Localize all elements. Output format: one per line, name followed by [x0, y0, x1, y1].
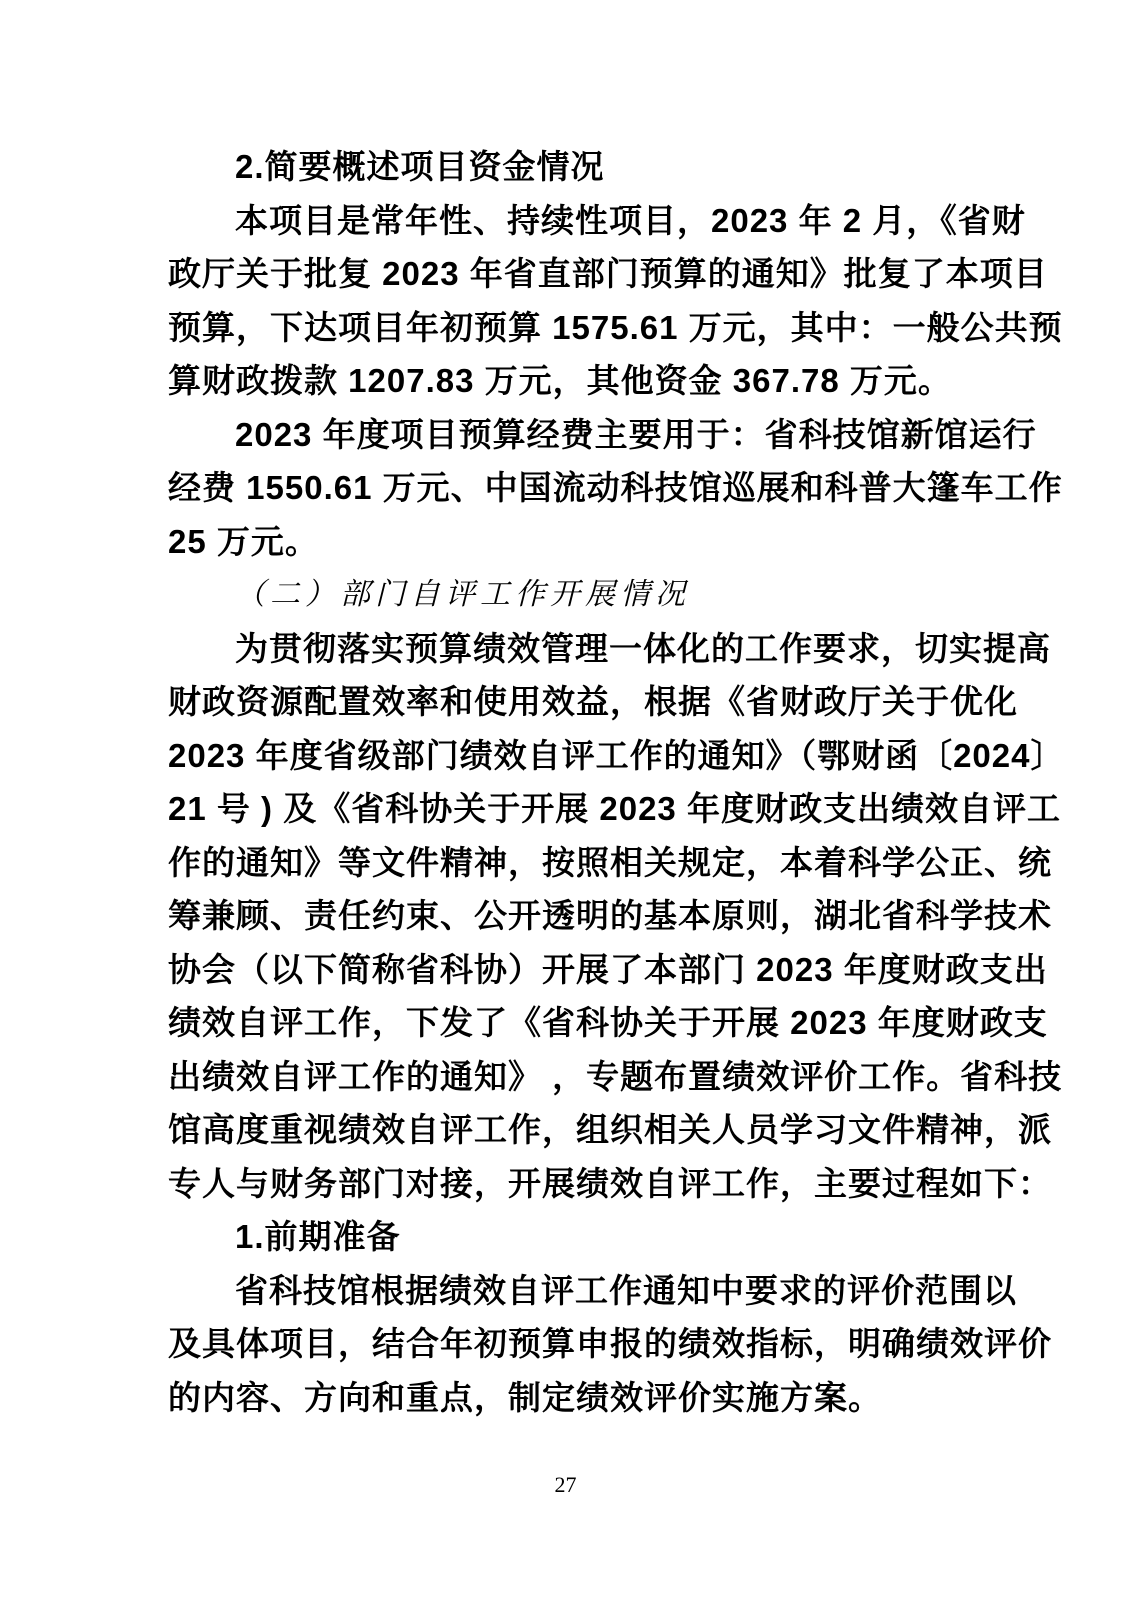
text-line: 出绩效自评工作的通知》 ，专题布置绩效评价工作。省科技: [168, 1050, 968, 1104]
text-line: 协会（以下简称省科协）开展了本部门 2023 年度财政支出: [168, 943, 968, 997]
text-line: 2023 年度省级部门绩效自评工作的通知》（鄂财函〔2024〕: [168, 729, 968, 783]
text-line: 及具体项目，结合年初预算申报的绩效指标，明确绩效评价: [168, 1317, 968, 1371]
text-line: 筹兼顾、责任约束、公开透明的基本原则，湖北省科学技术: [168, 889, 968, 943]
text-line: 25 万元。: [168, 515, 968, 569]
text-line: 2.简要概述项目资金情况: [168, 140, 968, 194]
text-line: 2023 年度项目预算经费主要用于：省科技馆新馆运行: [168, 408, 968, 462]
page-number: 27: [0, 1472, 1131, 1498]
text-line: 算财政拨款 1207.83 万元，其他资金 367.78 万元。: [168, 354, 968, 408]
text-line: 专人与财务部门对接，开展绩效自评工作，主要过程如下：: [168, 1157, 968, 1211]
document-page: 2.简要概述项目资金情况本项目是常年性、持续性项目，2023 年 2 月，《省财…: [0, 0, 1131, 1600]
text-line: 省科技馆根据绩效自评工作通知中要求的评价范围以: [168, 1264, 968, 1318]
text-line: 的内容、方向和重点，制定绩效评价实施方案。: [168, 1371, 968, 1425]
text-line: 经费 1550.61 万元、中国流动科技馆巡展和科普大篷车工作: [168, 461, 968, 515]
text-line: 政厅关于批复 2023 年省直部门预算的通知》批复了本项目: [168, 247, 968, 301]
text-line: 本项目是常年性、持续性项目，2023 年 2 月，《省财: [168, 194, 968, 248]
text-block: 2.简要概述项目资金情况本项目是常年性、持续性项目，2023 年 2 月，《省财…: [168, 140, 968, 1424]
text-line: 财政资源配置效率和使用效益，根据《省财政厅关于优化: [168, 675, 968, 729]
section-heading-line: （二）部门自评工作开展情况: [168, 568, 968, 622]
text-line: 21 号 ) 及《省科协关于开展 2023 年度财政支出绩效自评工: [168, 782, 968, 836]
text-line: 为贯彻落实预算绩效管理一体化的工作要求，切实提高: [168, 622, 968, 676]
text-line: 绩效自评工作，下发了《省科协关于开展 2023 年度财政支: [168, 996, 968, 1050]
text-line: 作的通知》等文件精神，按照相关规定，本着科学公正、统: [168, 836, 968, 890]
text-line: 馆高度重视绩效自评工作，组织相关人员学习文件精神，派: [168, 1103, 968, 1157]
text-line: 1.前期准备: [168, 1210, 968, 1264]
text-line: 预算，下达项目年初预算 1575.61 万元，其中：一般公共预: [168, 301, 968, 355]
